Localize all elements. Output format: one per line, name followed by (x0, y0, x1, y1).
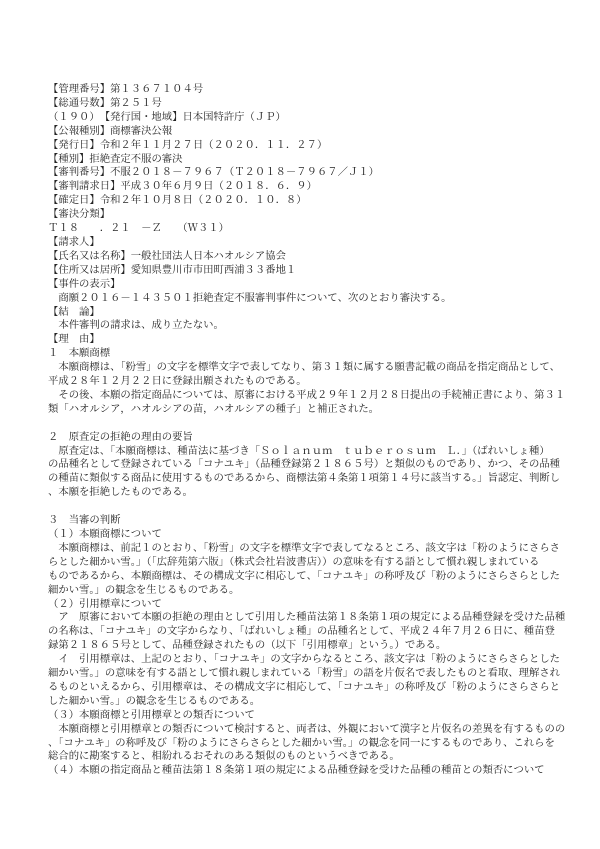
doc-line: 本願商標は、「粉雪」の文字を標準文字で表してなり、第３１類に属する願書記載の商品… (48, 361, 583, 375)
doc-line: の品種名として登録されている「コナユキ」（品種登録第２１８６５号）と類似のもので… (48, 458, 583, 472)
doc-line: 【結 論】 (48, 306, 583, 320)
doc-line: 【請求人】 (48, 236, 583, 250)
doc-line: （３）本願商標と引用標章との類否について (48, 709, 583, 723)
doc-line: 商願２０１６－１４３５０１拒絶査定不服審判事件について、次のとおり審決する。 (48, 292, 583, 306)
doc-line: 【審決分類】 (48, 208, 583, 222)
doc-line: 【公報種別】商標審決公報 (48, 125, 583, 139)
blank-line (48, 500, 583, 514)
doc-line: 平成２８年１２月２２日に登録出願されたものである。 (48, 375, 583, 389)
doc-line: 本願商標は、前記１のとおり、「粉雪」の文字を標準文字で表してなるところ、該文字は… (48, 542, 583, 556)
doc-line: ２ 原査定の拒絶の理由の要旨 (48, 431, 583, 445)
doc-line: 【種別】拒絶査定不服の審決 (48, 153, 583, 167)
doc-line: 総合的に勘案すると、相紛れるおそれのある類似のものというべきである。 (48, 750, 583, 764)
doc-line: した細かい雪。」の観念を生じるものである。 (48, 695, 583, 709)
doc-line: 録第２１８６５号として、品種登録されたもの（以下「引用標章」という。）である。 (48, 639, 583, 653)
doc-line: の名称は、「コナユキ」の文字からなり、「ばれいしょ種」の品種名として、平成２４年… (48, 625, 583, 639)
doc-line: 類「ハオルシア，ハオルシアの苗，ハオルシアの種子」と補正された。 (48, 403, 583, 417)
doc-line: らとした細かい雪。」（「広辞苑第六版」（株式会社岩波書店））の意味を有する語とし… (48, 556, 583, 570)
doc-line: その後、本願の指定商品については、原審における平成２９年１２月２８日提出の手続補… (48, 389, 583, 403)
doc-line: 【管理番号】第１３６７１０４号 (48, 83, 583, 97)
doc-line: ア 原審において本願の拒絶の理由として引用した種苗法第１８条第１項の規定による品… (48, 611, 583, 625)
gazette-page: 【管理番号】第１３６７１０４号【総通号数】第２５１号（１９０） 【発行国・地域】… (0, 0, 600, 849)
doc-line: （４）本願の指定商品と種苗法第１８条第１項の規定による品種登録を受けた品種の種苗… (48, 764, 583, 778)
doc-line: Ｔ１８ ．２１ －Ｚ （Ｗ３１） (48, 222, 583, 236)
document-text-block: 【管理番号】第１３６７１０４号【総通号数】第２５１号（１９０） 【発行国・地域】… (48, 83, 583, 778)
doc-line: 【事件の表示】 (48, 278, 583, 292)
doc-line: （１９０） 【発行国・地域】日本国特許庁（ＪＰ） (48, 111, 583, 125)
doc-line: 【審判請求日】平成３０年６月９日（２０１８．６．９） (48, 180, 583, 194)
doc-line: 【住所又は居所】愛知県豊川市市田町西浦３３番地１ (48, 264, 583, 278)
doc-line: 原査定は、「本願商標は、種苗法に基づき「Ｓｏｌａｎｕｍ ｔｕｂｅｒｏｓｕｍ Ｌ．… (48, 445, 583, 459)
doc-line: 本件審判の請求は、成り立たない。 (48, 319, 583, 333)
doc-line: （１）本願商標について (48, 528, 583, 542)
doc-line: 【発行日】令和２年１１月２７日（２０２０．１１．２７） (48, 139, 583, 153)
doc-line: の種苗に類似する商品に使用するものであるから、商標法第４条第１項第１４号に該当す… (48, 472, 583, 486)
doc-line: 本願商標と引用標章との類否について検討すると、両者は、外観において漢字と片仮名の… (48, 723, 583, 737)
doc-line: ３ 当審の判断 (48, 514, 583, 528)
doc-line: 、「コナユキ」の称呼及び「粉のようにさらさらとした細かい雪。」の観念を同一にする… (48, 737, 583, 751)
doc-line: 細かい雪。」の観念を生じるものである。 (48, 584, 583, 598)
doc-line: 【氏名又は名称】一般社団法人日本ハオルシア協会 (48, 250, 583, 264)
doc-line: １ 本願商標 (48, 347, 583, 361)
doc-line: ものであるから、本願商標は、その構成文字に相応して、「コナユキ」の称呼及び「粉の… (48, 570, 583, 584)
doc-line: 【審判番号】不服２０１８－７９６７（Ｔ２０１８－７９６７／Ｊ１） (48, 166, 583, 180)
doc-line: 【理 由】 (48, 333, 583, 347)
doc-line: 、本願を拒絶したものである。 (48, 486, 583, 500)
doc-line: 細かい雪。」の意味を有する語として慣れ親しまれている「粉雪」の語を片仮名で表した… (48, 667, 583, 681)
doc-line: 【総通号数】第２５１号 (48, 97, 583, 111)
doc-line: イ 引用標章は、上記のとおり、「コナユキ」の文字からなるところ、該文字は「粉のよ… (48, 653, 583, 667)
doc-line: （２）引用標章について (48, 598, 583, 612)
blank-line (48, 417, 583, 431)
doc-line: 【確定日】令和２年１０月８日（２０２０．１０．８） (48, 194, 583, 208)
doc-line: るものといえるから、引用標章は、その構成文字に相応して、「コナユキ」の称呼及び「… (48, 681, 583, 695)
